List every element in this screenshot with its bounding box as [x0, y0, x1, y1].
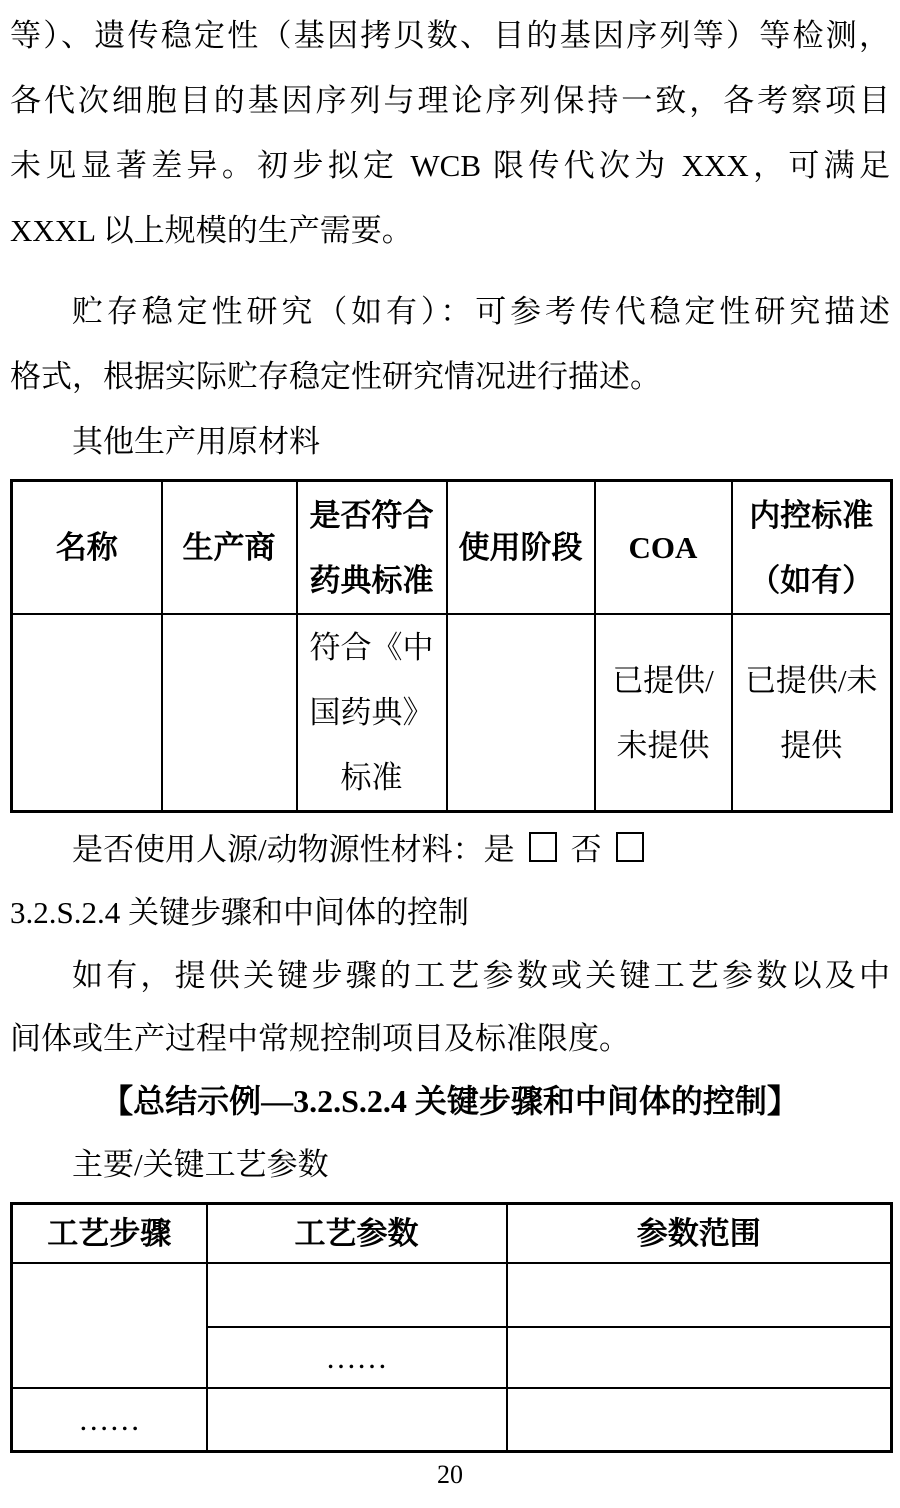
materials-col-manufacturer: 生产商	[162, 481, 297, 615]
process-col-step: 工艺步骤	[12, 1204, 207, 1264]
document-page: { "document": { "para_genetic_stability_…	[0, 0, 900, 1508]
yes-checkbox[interactable]	[529, 832, 557, 862]
text-line: XXXL 以上规模的生产需要。	[10, 198, 890, 263]
text-line: 等）、遗传稳定性（基因拷贝数、目的基因序列等）等检测，	[10, 3, 890, 68]
materials-cell-pharmacopoeia: 符合《中 国药典》 标准	[297, 614, 447, 812]
page-number: 20	[10, 1457, 890, 1493]
materials-header-row: 名称 生产商 是否符合 药典标准 使用阶段 COA 内控标准 （如有）	[12, 481, 892, 615]
materials-cell-name	[12, 614, 162, 812]
materials-data-row: 符合《中 国药典》 标准 已提供/ 未提供 已提供/未 提供	[12, 614, 892, 812]
materials-cell-coa: 已提供/ 未提供	[595, 614, 732, 812]
process-row-3: ……	[12, 1388, 892, 1452]
no-checkbox[interactable]	[616, 832, 644, 862]
process-cell-parameter: ……	[207, 1327, 507, 1388]
process-row-1	[12, 1263, 892, 1327]
process-cell-step: ……	[12, 1388, 207, 1452]
materials-table: 名称 生产商 是否符合 药典标准 使用阶段 COA 内控标准 （如有） 符合《中…	[10, 479, 893, 813]
process-cell-range	[507, 1263, 892, 1327]
process-params-label: 主要/关键工艺参数	[10, 1133, 890, 1196]
text-line: 间体或生产过程中常规控制项目及标准限度。	[10, 1007, 890, 1070]
other-materials-label: 其他生产用原材料	[10, 409, 890, 474]
materials-col-pharmacopoeia: 是否符合 药典标准	[297, 481, 447, 615]
page-content: 等）、遗传稳定性（基因拷贝数、目的基因序列等）等检测， 各代次细胞目的基因序列与…	[0, 0, 900, 1493]
section-heading: 3.2.S.2.4 关键步骤和中间体的控制	[10, 881, 890, 944]
process-cell-range	[507, 1327, 892, 1388]
question-label: 是否使用人源/动物源性材料：	[72, 832, 484, 867]
process-cell-range	[507, 1388, 892, 1452]
process-cell-step	[12, 1263, 207, 1388]
text-line: 如有，提供关键步骤的工艺参数或关键工艺参数以及中	[10, 944, 890, 1007]
paragraph-storage-stability: 贮存稳定性研究（如有）：可参考传代稳定性研究描述 格式，根据实际贮存稳定性研究情…	[10, 279, 890, 409]
process-table: 工艺步骤 工艺参数 参数范围 …… ……	[10, 1202, 893, 1453]
materials-cell-manufacturer	[162, 614, 297, 812]
summary-example-heading: 【总结示例—3.2.S.2.4 关键步骤和中间体的控制】	[10, 1070, 890, 1133]
process-cell-parameter	[207, 1388, 507, 1452]
paragraph-key-steps: 如有，提供关键步骤的工艺参数或关键工艺参数以及中 间体或生产过程中常规控制项目及…	[10, 944, 890, 1070]
no-label: 否	[571, 832, 602, 867]
animal-source-question: 是否使用人源/动物源性材料：是否	[10, 818, 890, 881]
text-line: 各代次细胞目的基因序列与理论序列保持一致，各考察项目	[10, 68, 890, 133]
text-line: 贮存稳定性研究（如有）：可参考传代稳定性研究描述	[10, 279, 890, 344]
materials-col-coa: COA	[595, 481, 732, 615]
materials-col-stage: 使用阶段	[447, 481, 595, 615]
materials-col-name: 名称	[12, 481, 162, 615]
paragraph-genetic-stability: 等）、遗传稳定性（基因拷贝数、目的基因序列等）等检测， 各代次细胞目的基因序列与…	[10, 3, 890, 263]
process-col-range: 参数范围	[507, 1204, 892, 1264]
text-line: 未见显著差异。初步拟定 WCB 限传代次为 XXX，可满足	[10, 133, 890, 198]
process-header-row: 工艺步骤 工艺参数 参数范围	[12, 1204, 892, 1264]
materials-cell-internal-standard: 已提供/未 提供	[732, 614, 892, 812]
materials-col-internal-standard: 内控标准 （如有）	[732, 481, 892, 615]
yes-label: 是	[484, 832, 515, 867]
materials-cell-stage	[447, 614, 595, 812]
text-line: 格式，根据实际贮存稳定性研究情况进行描述。	[10, 344, 890, 409]
process-cell-parameter	[207, 1263, 507, 1327]
process-col-parameter: 工艺参数	[207, 1204, 507, 1264]
